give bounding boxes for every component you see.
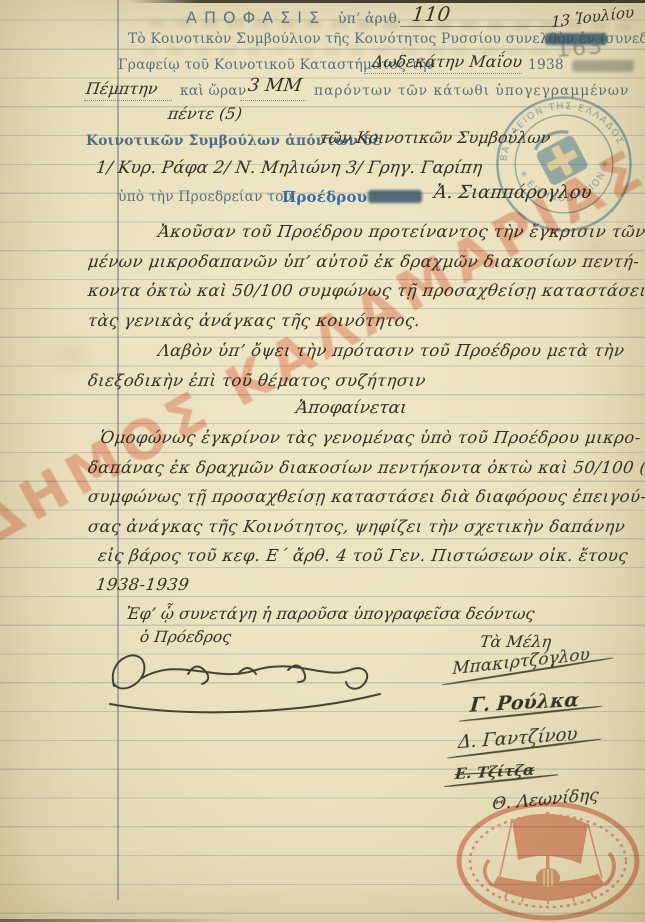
number-label: ὑπ’ ἀριθ. [338, 11, 402, 27]
hour-label: καὶ ὥραν [180, 83, 246, 99]
date-dotted-line [364, 72, 522, 74]
body-line: Ἀκοῦσαν τοῦ Προέδρου προτείναντος τὴν ἔγ… [157, 222, 645, 241]
corner-date-note-handwritten: 13 Ἰουλίου [551, 3, 634, 31]
body-line: μένων μικροδαπανῶν ὑπ’ αὐτοῦ ἐκ δραχμῶν … [87, 252, 641, 271]
president-name-handwritten: Ἀ. Σιαππάρογλου [433, 182, 593, 203]
day-dotted-line [84, 99, 172, 101]
member-signature: Γ. Ρούλκα [469, 689, 580, 717]
member-signature: Θ. Λεωνίδης [492, 785, 600, 814]
body-line: κοντα ὀκτὼ καὶ 50/100 συμφώνως τῇ προσαχ… [87, 281, 645, 300]
faint-overstamp-smudge [572, 60, 634, 72]
body-line: δαπάνας ἐκ δραχμῶν διακοσίων πεντήκοντα … [87, 458, 645, 477]
faint-overstamp-number: 163 [555, 34, 605, 63]
body-line: Λαβὸν ὑπ’ ὄψει τὴν πρότασιν τοῦ Προέδρου… [157, 341, 626, 360]
decision-heading-handwritten: Ἀποφαίνεται [295, 398, 408, 418]
body-line: διεξοδικὴν ἐπὶ τοῦ θέματος συζήτησιν [87, 371, 427, 390]
president-signature [88, 640, 400, 726]
count-note-handwritten: πέντε (5) [167, 104, 243, 123]
blue-stamp-blob [368, 190, 422, 203]
sailing-galley-icon [485, 812, 614, 904]
decision-title: ΑΠΟΦΑΣΙΣ [186, 8, 326, 27]
decision-number-handwritten: 110 [411, 2, 452, 26]
closing-line-handwritten: Ἐφ’ ᾧ συνετάγη ἡ παροῦσα ὑπογραφεῖσα δεό… [125, 604, 536, 623]
scan-edge-artifact [128, 0, 645, 3]
body-line: σας ἀνάγκας τῆς Κοινότητος, ψηφίζει τὴν … [87, 517, 627, 536]
ship-oval-stamp [452, 798, 644, 922]
body-line: 1938-1939 [95, 575, 191, 594]
member-signature: Ε. Τζίτζα [454, 761, 535, 783]
meeting-date-handwritten: Δωδεκάτην Μαΐου [371, 52, 524, 71]
body-line: Ὁμοφώνως ἐγκρίνον τὰς γενομένας ὑπὸ τοῦ … [99, 428, 642, 447]
number-underline [400, 26, 563, 27]
absent-members-handwritten: 1/ Κυρ. Ράφα 2/ Ν. Μηλιώνη 3/ Γρηγ. Γαρί… [95, 158, 484, 178]
hour-dotted-line [240, 99, 306, 101]
meeting-hour-handwritten: 3 ΜΜ [247, 75, 304, 96]
member-signature: Δ. Γαντζίνου [457, 724, 578, 753]
body-line: εἰς βάρος τοῦ κεφ. Ε΄ ἄρθ. 4 τοῦ Γεν. Πι… [97, 546, 629, 565]
body-line: τὰς γενικὰς ἀνάγκας τῆς κοινότητος. [87, 311, 422, 330]
meeting-day-handwritten: Πέμπτην [85, 79, 159, 98]
absent-continuation-handwritten: τῶν Κοινοτικῶν Συμβούλων [319, 128, 552, 147]
body-line: συμφώνως τῇ προσαχθείσῃ καταστάσει διὰ δ… [87, 487, 645, 506]
presidency-label: ὑπὸ τὴν Προεδρείαν τοῦ [118, 189, 292, 205]
presidency-stamped-word: Προέδρου [282, 188, 367, 206]
scanned-document-page: ΒΑΣΙΛΕΙΟΝ ΤΗΣ ΕΛΛΑΔΟΣ ✳ ΕΙΡΗΝΟΔΙΚΕΙΟΝ ✳ … [0, 0, 645, 922]
members-label-handwritten: Τὰ Μέλη [479, 632, 553, 651]
present-text: παρόντων τῶν κάτωθι ὑπογεγραμμένων [314, 83, 629, 99]
